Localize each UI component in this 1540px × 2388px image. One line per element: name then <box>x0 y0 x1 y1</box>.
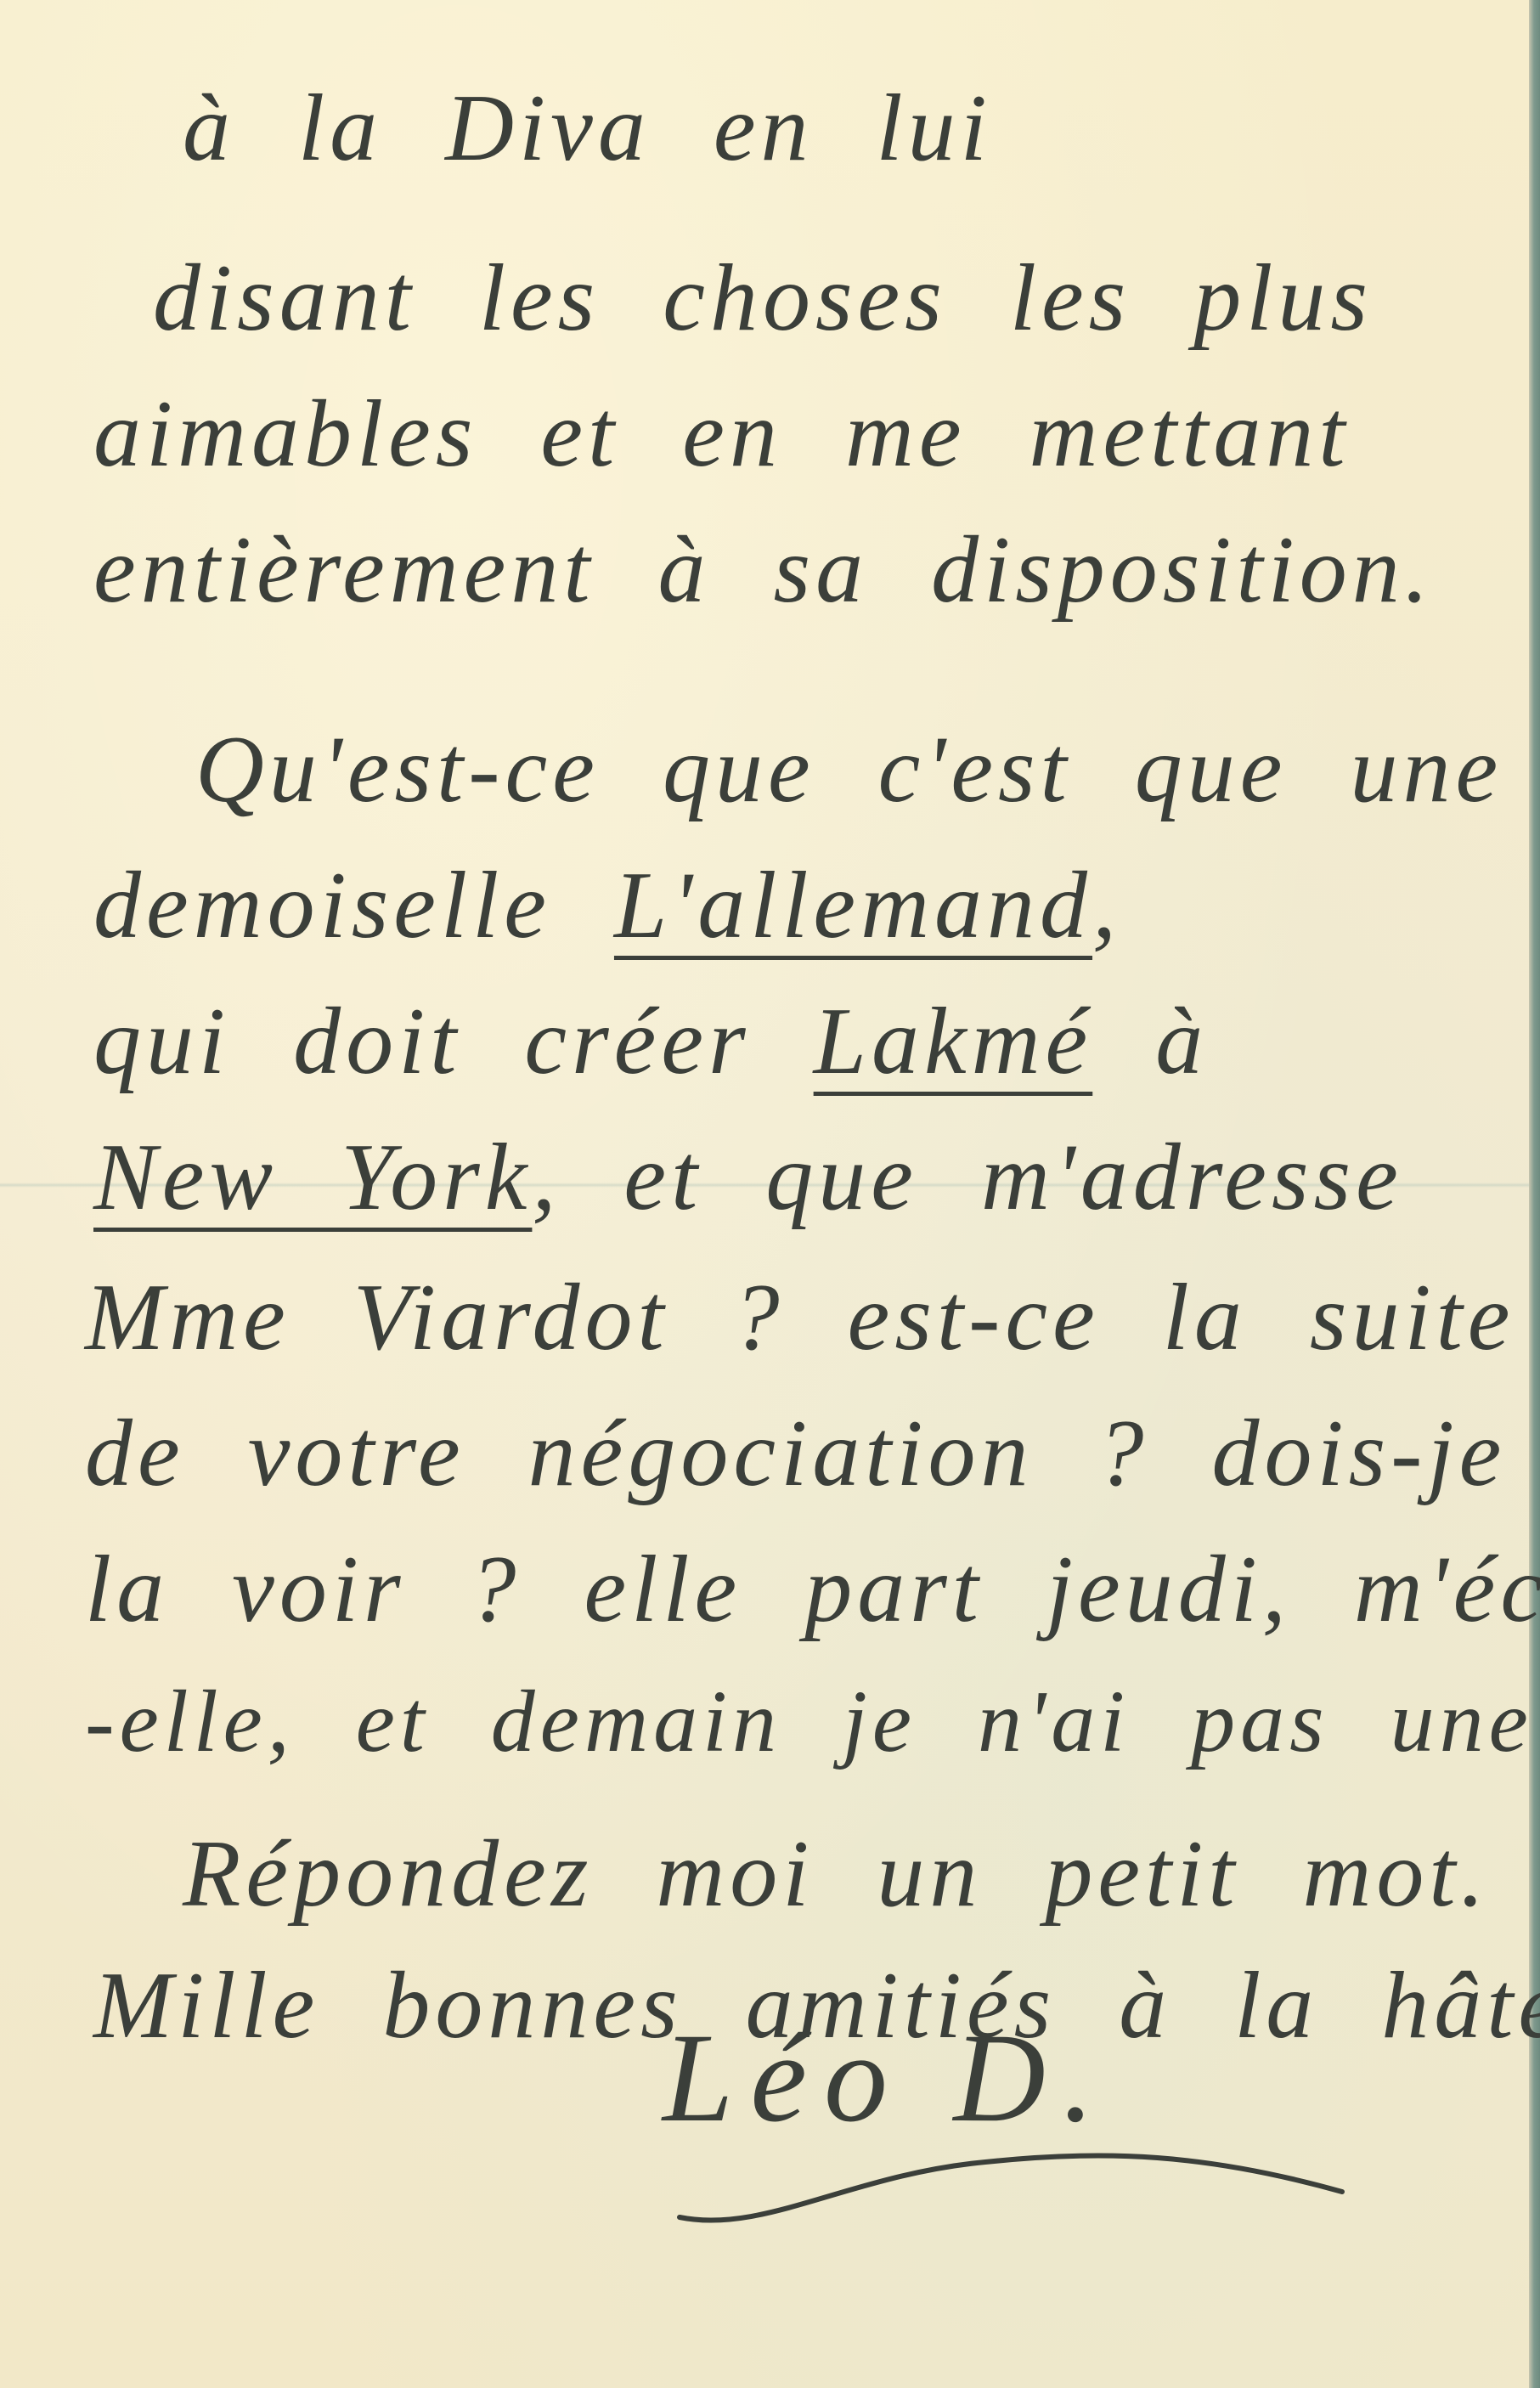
letter-line-8: New York, et que m'adresse <box>93 1130 1403 1225</box>
comma: , <box>532 1125 561 1230</box>
text-qui-doit-creer: qui doit créer <box>93 989 751 1094</box>
underlined-lallemand: L'allemand <box>614 853 1092 958</box>
text-demoiselle: demoiselle <box>93 853 551 958</box>
letter-line-6: demoiselle L'allemand, <box>93 858 1121 953</box>
letter-line-7: qui doit créer Lakmé à <box>93 994 1208 1089</box>
letter-line-3: aimables et en me mettant <box>93 387 1351 482</box>
letter-line-5: Qu'est-ce que c'est que une <box>195 722 1503 817</box>
letter-line-12: -elle, et demain je n'ai pas une minute. <box>85 1678 1540 1766</box>
comma: , <box>1092 853 1121 958</box>
letter-line-2: disant les choses les plus <box>153 251 1373 346</box>
text-et-que-madresse: et que m'adresse <box>623 1125 1402 1230</box>
letter-line-4: entièrement à sa disposition. <box>93 522 1434 618</box>
letter-line-9: Mme Viardot ? est-ce la suite <box>85 1270 1515 1365</box>
letter-line-11: la voir ? elle part jeudi, m'écrit- <box>85 1542 1540 1637</box>
letter-line-1: à la Diva en lui <box>183 81 992 176</box>
letter-line-10: de votre négociation ? dois-je <box>85 1406 1506 1501</box>
underlined-new-york: New York <box>93 1125 532 1230</box>
underlined-lakme: Lakmé <box>814 989 1093 1094</box>
letter-line-13: Répondez moi un petit mot. <box>183 1826 1489 1922</box>
signature-flourish <box>663 2124 1385 2226</box>
text-a: à <box>1155 989 1208 1094</box>
